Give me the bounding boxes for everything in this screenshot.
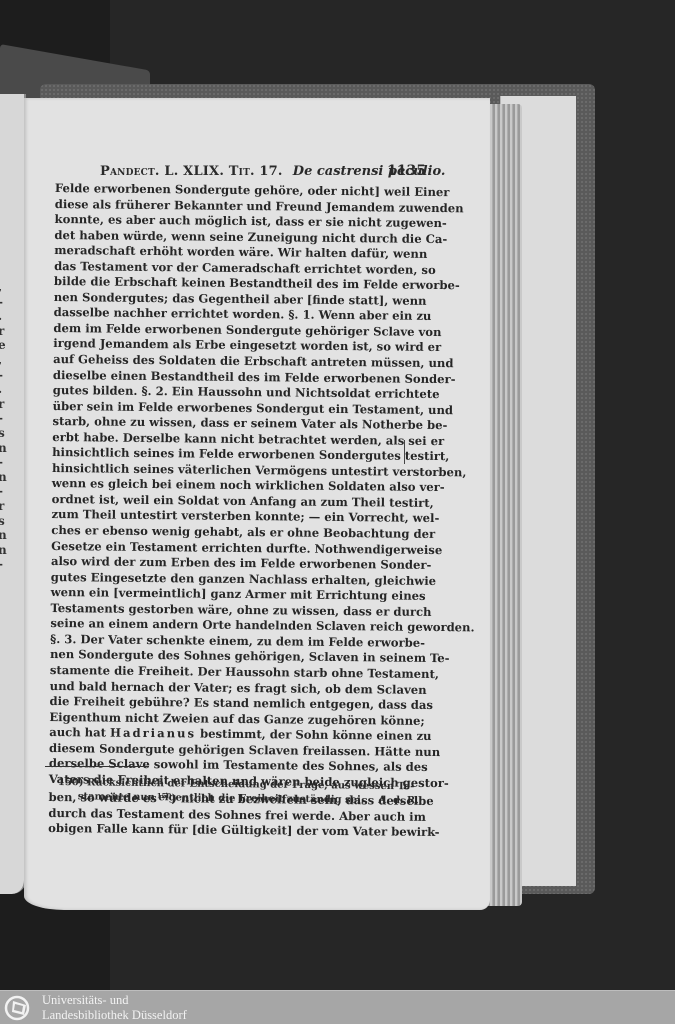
body-text: Felde erworbenen Sondergute gehöre, oder… bbox=[48, 181, 417, 841]
footer-library-name: Universitäts- und Landesbibliothek Düsse… bbox=[42, 993, 187, 1023]
line-end: - bbox=[0, 295, 18, 310]
line-end: , bbox=[0, 353, 18, 368]
text-fragment: bestimmt, der Sohn könne einen zu bbox=[196, 727, 432, 743]
line-end: n bbox=[0, 528, 18, 543]
line-end: - bbox=[0, 455, 18, 470]
footer-bar: Universitäts- und Landesbibliothek Düsse… bbox=[0, 990, 675, 1024]
footer-line-1: Universitäts- und bbox=[42, 993, 187, 1008]
footnote-divider bbox=[45, 766, 149, 767]
spaced-name-hadrianus: Hadrianus bbox=[110, 726, 196, 741]
line-end: r bbox=[0, 397, 18, 412]
book-page: Pandect. L. XLIX. Tit. 17. De castrensi … bbox=[24, 98, 490, 910]
line-end: , bbox=[0, 280, 18, 295]
page-number: 1135 bbox=[387, 163, 426, 179]
footnote-text: stamente nun eigentlich die Freiheit zus… bbox=[78, 791, 365, 806]
running-head: Pandect. L. XLIX. Tit. 17. De castrensi … bbox=[100, 164, 420, 179]
ulb-logo-icon[interactable] bbox=[4, 995, 34, 1021]
text-fragment: auch hat bbox=[49, 725, 110, 740]
pencil-mark bbox=[404, 440, 405, 464]
line-end: - bbox=[0, 557, 18, 572]
line-end: e bbox=[0, 338, 18, 353]
line-end: s bbox=[0, 426, 18, 441]
line-end: - bbox=[0, 484, 18, 499]
line-end: s bbox=[0, 514, 18, 529]
line-end: n bbox=[0, 470, 18, 485]
footer-line-2: Landesbibliothek Düsseldorf bbox=[42, 1008, 187, 1023]
left-facing-page: , - . r e , - . r - s n - n - r s n n - bbox=[0, 94, 26, 894]
line-end: - bbox=[0, 411, 18, 426]
line-end: . bbox=[0, 309, 18, 324]
footnote-abbreviation: A. d. R. bbox=[378, 794, 419, 805]
footnote: 150) Rücksichtlich der Entscheidung der … bbox=[58, 776, 404, 807]
line-end: - bbox=[0, 368, 18, 383]
line-end: r bbox=[0, 324, 18, 339]
line-end: . bbox=[0, 382, 18, 397]
line-end: n bbox=[0, 543, 18, 558]
text-line: obigen Falle kann für [die Gültigkeit] d… bbox=[48, 821, 410, 840]
running-head-citation: Pandect. L. XLIX. Tit. 17. bbox=[100, 164, 283, 179]
left-page-line-ends: , - . r e , - . r - s n - n - r s n n - bbox=[0, 280, 18, 572]
line-end: n bbox=[0, 441, 18, 456]
line-end: r bbox=[0, 499, 18, 514]
